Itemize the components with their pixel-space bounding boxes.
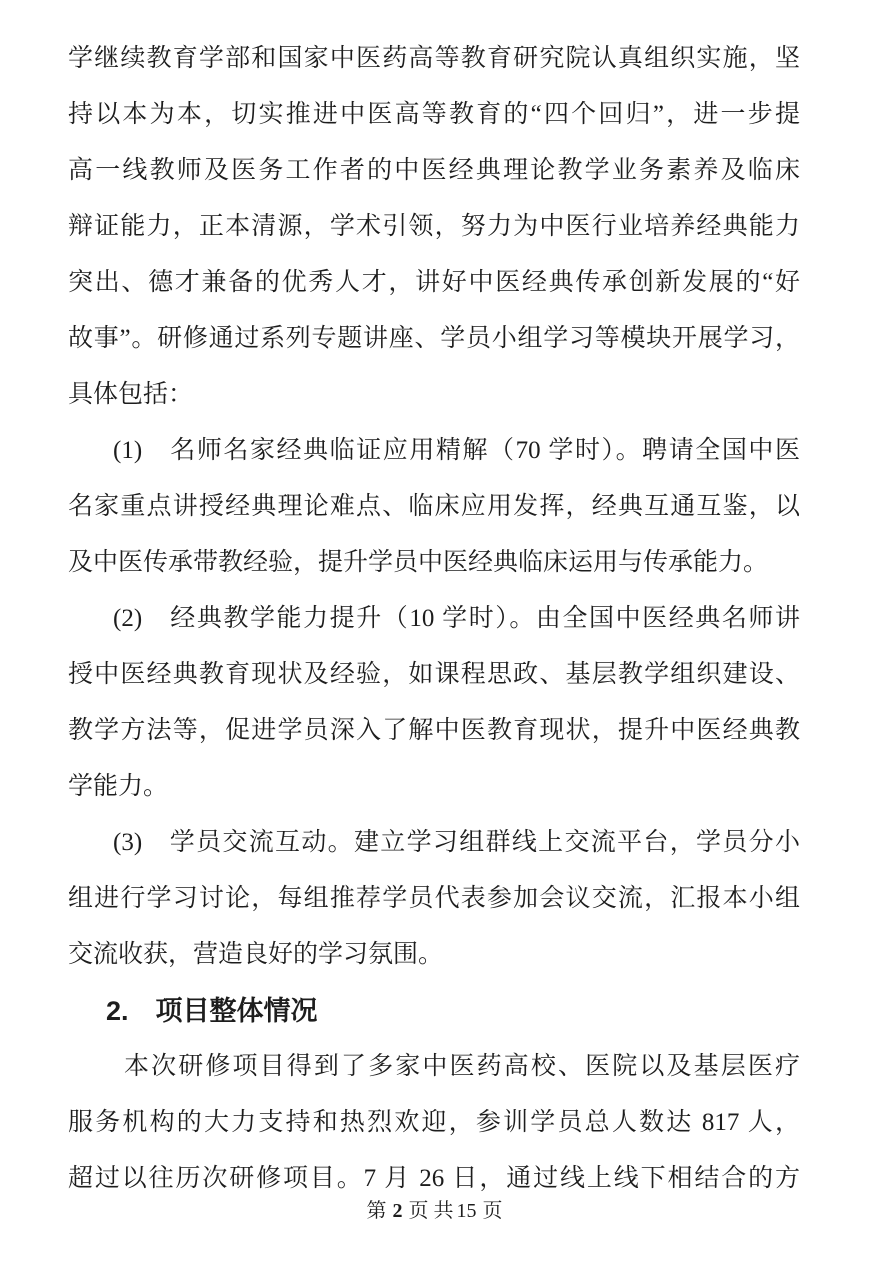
footer-prefix: 第 bbox=[367, 1200, 387, 1222]
paragraph: (2) 经典教学能力提升（10 学时）。由全国中医经典名师讲授中医经典教育现状及… bbox=[68, 591, 800, 815]
paragraph: 本次研修项目得到了多家中医药高校、医院以及基层医疗服务机构的大力支持和热烈欢迎，… bbox=[68, 1039, 800, 1207]
text-line: (1) 名师名家经典临证应用精解（70 学时）。聘请全国中医 bbox=[68, 423, 800, 479]
text-line: 学继续教育学部和国家中医药高等教育研究院认真组织实施，坚 bbox=[68, 31, 800, 87]
text-line: 教学方法等，促进学员深入了解中医教育现状，提升中医经典教 bbox=[68, 703, 800, 759]
text-line: 组进行学习讨论，每组推荐学员代表参加会议交流，汇报本小组 bbox=[68, 871, 800, 927]
text-line: 2. 项目整体情况 bbox=[68, 983, 800, 1039]
text-line: 故事”。研修通过系列专题讲座、学员小组学习等模块开展学习， bbox=[68, 311, 800, 367]
paragraph: (1) 名师名家经典临证应用精解（70 学时）。聘请全国中医名家重点讲授经典理论… bbox=[68, 423, 800, 591]
text-line: 及中医传承带教经验，提升学员中医经典临床运用与传承能力。 bbox=[68, 535, 800, 591]
text-line: 突出、德才兼备的优秀人才，讲好中医经典传承创新发展的“好 bbox=[68, 255, 800, 311]
text-line: 学能力。 bbox=[68, 759, 800, 815]
text-line: 服务机构的大力支持和热烈欢迎，参训学员总人数达 817 人， bbox=[68, 1095, 800, 1151]
text-line: (2) 经典教学能力提升（10 学时）。由全国中医经典名师讲 bbox=[68, 591, 800, 647]
text-line: 具体包括： bbox=[68, 367, 800, 423]
text-line: 持以本为本，切实推进中医高等教育的“四个回归”，进一步提 bbox=[68, 87, 800, 143]
footer-suffix: 页 bbox=[483, 1200, 503, 1222]
text-line: 本次研修项目得到了多家中医药高校、医院以及基层医疗 bbox=[68, 1039, 800, 1095]
current-page-number: 2 bbox=[393, 1200, 403, 1222]
footer-middle: 页 共 bbox=[409, 1200, 454, 1222]
page-footer: 第2页 共15页 bbox=[0, 1196, 869, 1226]
text-line: 辩证能力，正本清源，学术引领，努力为中医行业培养经典能力 bbox=[68, 199, 800, 255]
document-body: 学继续教育学部和国家中医药高等教育研究院认真组织实施，坚持以本为本，切实推进中医… bbox=[68, 31, 800, 1207]
text-line: 名家重点讲授经典理论难点、临床应用发挥，经典互通互鉴，以 bbox=[68, 479, 800, 535]
text-line: 交流收获，营造良好的学习氛围。 bbox=[68, 927, 800, 983]
document-page: 学继续教育学部和国家中医药高等教育研究院认真组织实施，坚持以本为本，切实推进中医… bbox=[0, 0, 869, 1271]
total-page-count: 15 bbox=[457, 1200, 477, 1222]
text-line: (3) 学员交流互动。建立学习组群线上交流平台，学员分小 bbox=[68, 815, 800, 871]
section-heading: 2. 项目整体情况 bbox=[68, 983, 800, 1039]
text-line: 高一线教师及医务工作者的中医经典理论教学业务素养及临床 bbox=[68, 143, 800, 199]
text-line: 授中医经典教育现状及经验，如课程思政、基层教学组织建设、 bbox=[68, 647, 800, 703]
paragraph: (3) 学员交流互动。建立学习组群线上交流平台，学员分小组进行学习讨论，每组推荐… bbox=[68, 815, 800, 983]
paragraph: 学继续教育学部和国家中医药高等教育研究院认真组织实施，坚持以本为本，切实推进中医… bbox=[68, 31, 800, 423]
